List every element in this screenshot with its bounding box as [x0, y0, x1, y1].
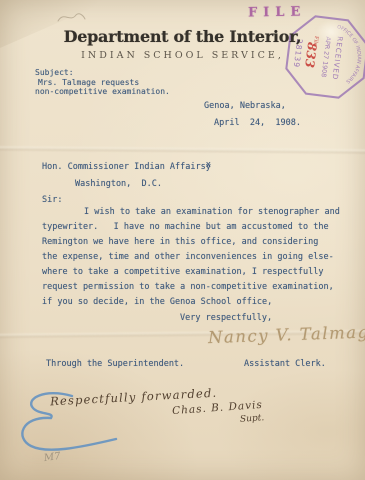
received-stamp-file-number: 833: [302, 41, 320, 69]
letterhead-department: Department of the Interior,: [64, 27, 302, 46]
body-line: I wish to take an examination for stenog…: [42, 205, 340, 220]
clerk-title: Assistant Clerk.: [244, 359, 326, 369]
dateline-place: Genoa, Nebraska,: [204, 101, 286, 111]
subject-block: Subject: Mrs. Talmage requests non-compe…: [35, 68, 170, 97]
body-line: if you so decide, in the Genoa School of…: [42, 295, 340, 310]
body-line: where to take a competitive examination,…: [42, 265, 340, 280]
body-line: the expense, time and other inconvenienc…: [42, 250, 340, 265]
pencil-scribble: [56, 8, 88, 26]
letter-document: FILE OFFICE OF INDIAN AFFAIRS RECEIVED A…: [0, 0, 365, 480]
pencil-notation: M7: [43, 451, 61, 464]
fold-crease-upper: [0, 146, 365, 153]
clerk-signature: Nancy V. Talmage,: [208, 322, 365, 347]
paper-blemish: [316, 20, 346, 44]
subject-line-1: Mrs. Talmage requests: [35, 78, 170, 88]
valediction: Very respectfully,: [180, 313, 272, 323]
typed-overstrike: yx: [206, 162, 211, 172]
through-line: Through the Superintendent.: [46, 359, 184, 369]
subject-label: Subject:: [35, 68, 170, 78]
body-paragraph: I wish to take an examination for stenog…: [42, 205, 340, 310]
recipient-line-1: Hon. Commissioner Indian Affairsyx: [42, 162, 211, 172]
body-line: Remington we have here in this office, a…: [42, 235, 340, 250]
strike-char: x: [206, 160, 211, 170]
body-line: typewriter. I have no machine but am acc…: [42, 220, 340, 235]
letterhead-service: INDIAN SCHOOL SERVICE,: [81, 50, 284, 61]
dateline-date: April 24, 1908.: [214, 118, 301, 128]
body-line: request permission to take a non-competi…: [42, 280, 340, 295]
recipient-line-2: Washington, D.C.: [75, 179, 162, 189]
salutation: Sir:: [42, 195, 62, 205]
subject-line-2: non-competitive examination.: [35, 87, 170, 97]
recipient-name: Hon. Commissioner Indian Affairs: [42, 162, 206, 172]
superintendent-title: Supt.: [240, 413, 265, 425]
